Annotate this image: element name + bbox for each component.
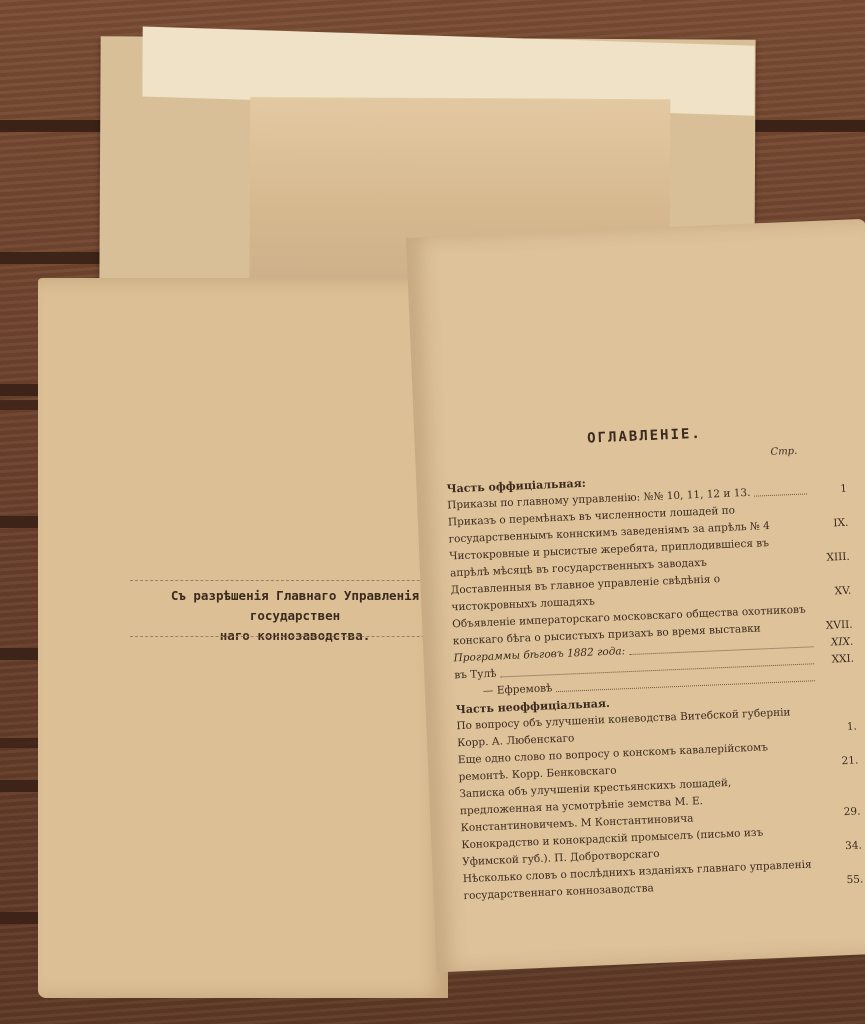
open-book: Съ разрѣшенія Главнаго Управленія госуда… — [38, 238, 863, 998]
license-line: Съ разрѣшенія Главнаго Управленія госуда… — [130, 586, 460, 626]
divider-line — [130, 580, 460, 583]
right-page: ОГЛАВЛЕНІЕ. Стр. Часть оффиціальная: При… — [406, 219, 865, 973]
divider-line — [130, 636, 460, 639]
table-of-contents: ОГЛАВЛЕНІЕ. Стр. Часть оффиціальная: При… — [444, 420, 863, 905]
